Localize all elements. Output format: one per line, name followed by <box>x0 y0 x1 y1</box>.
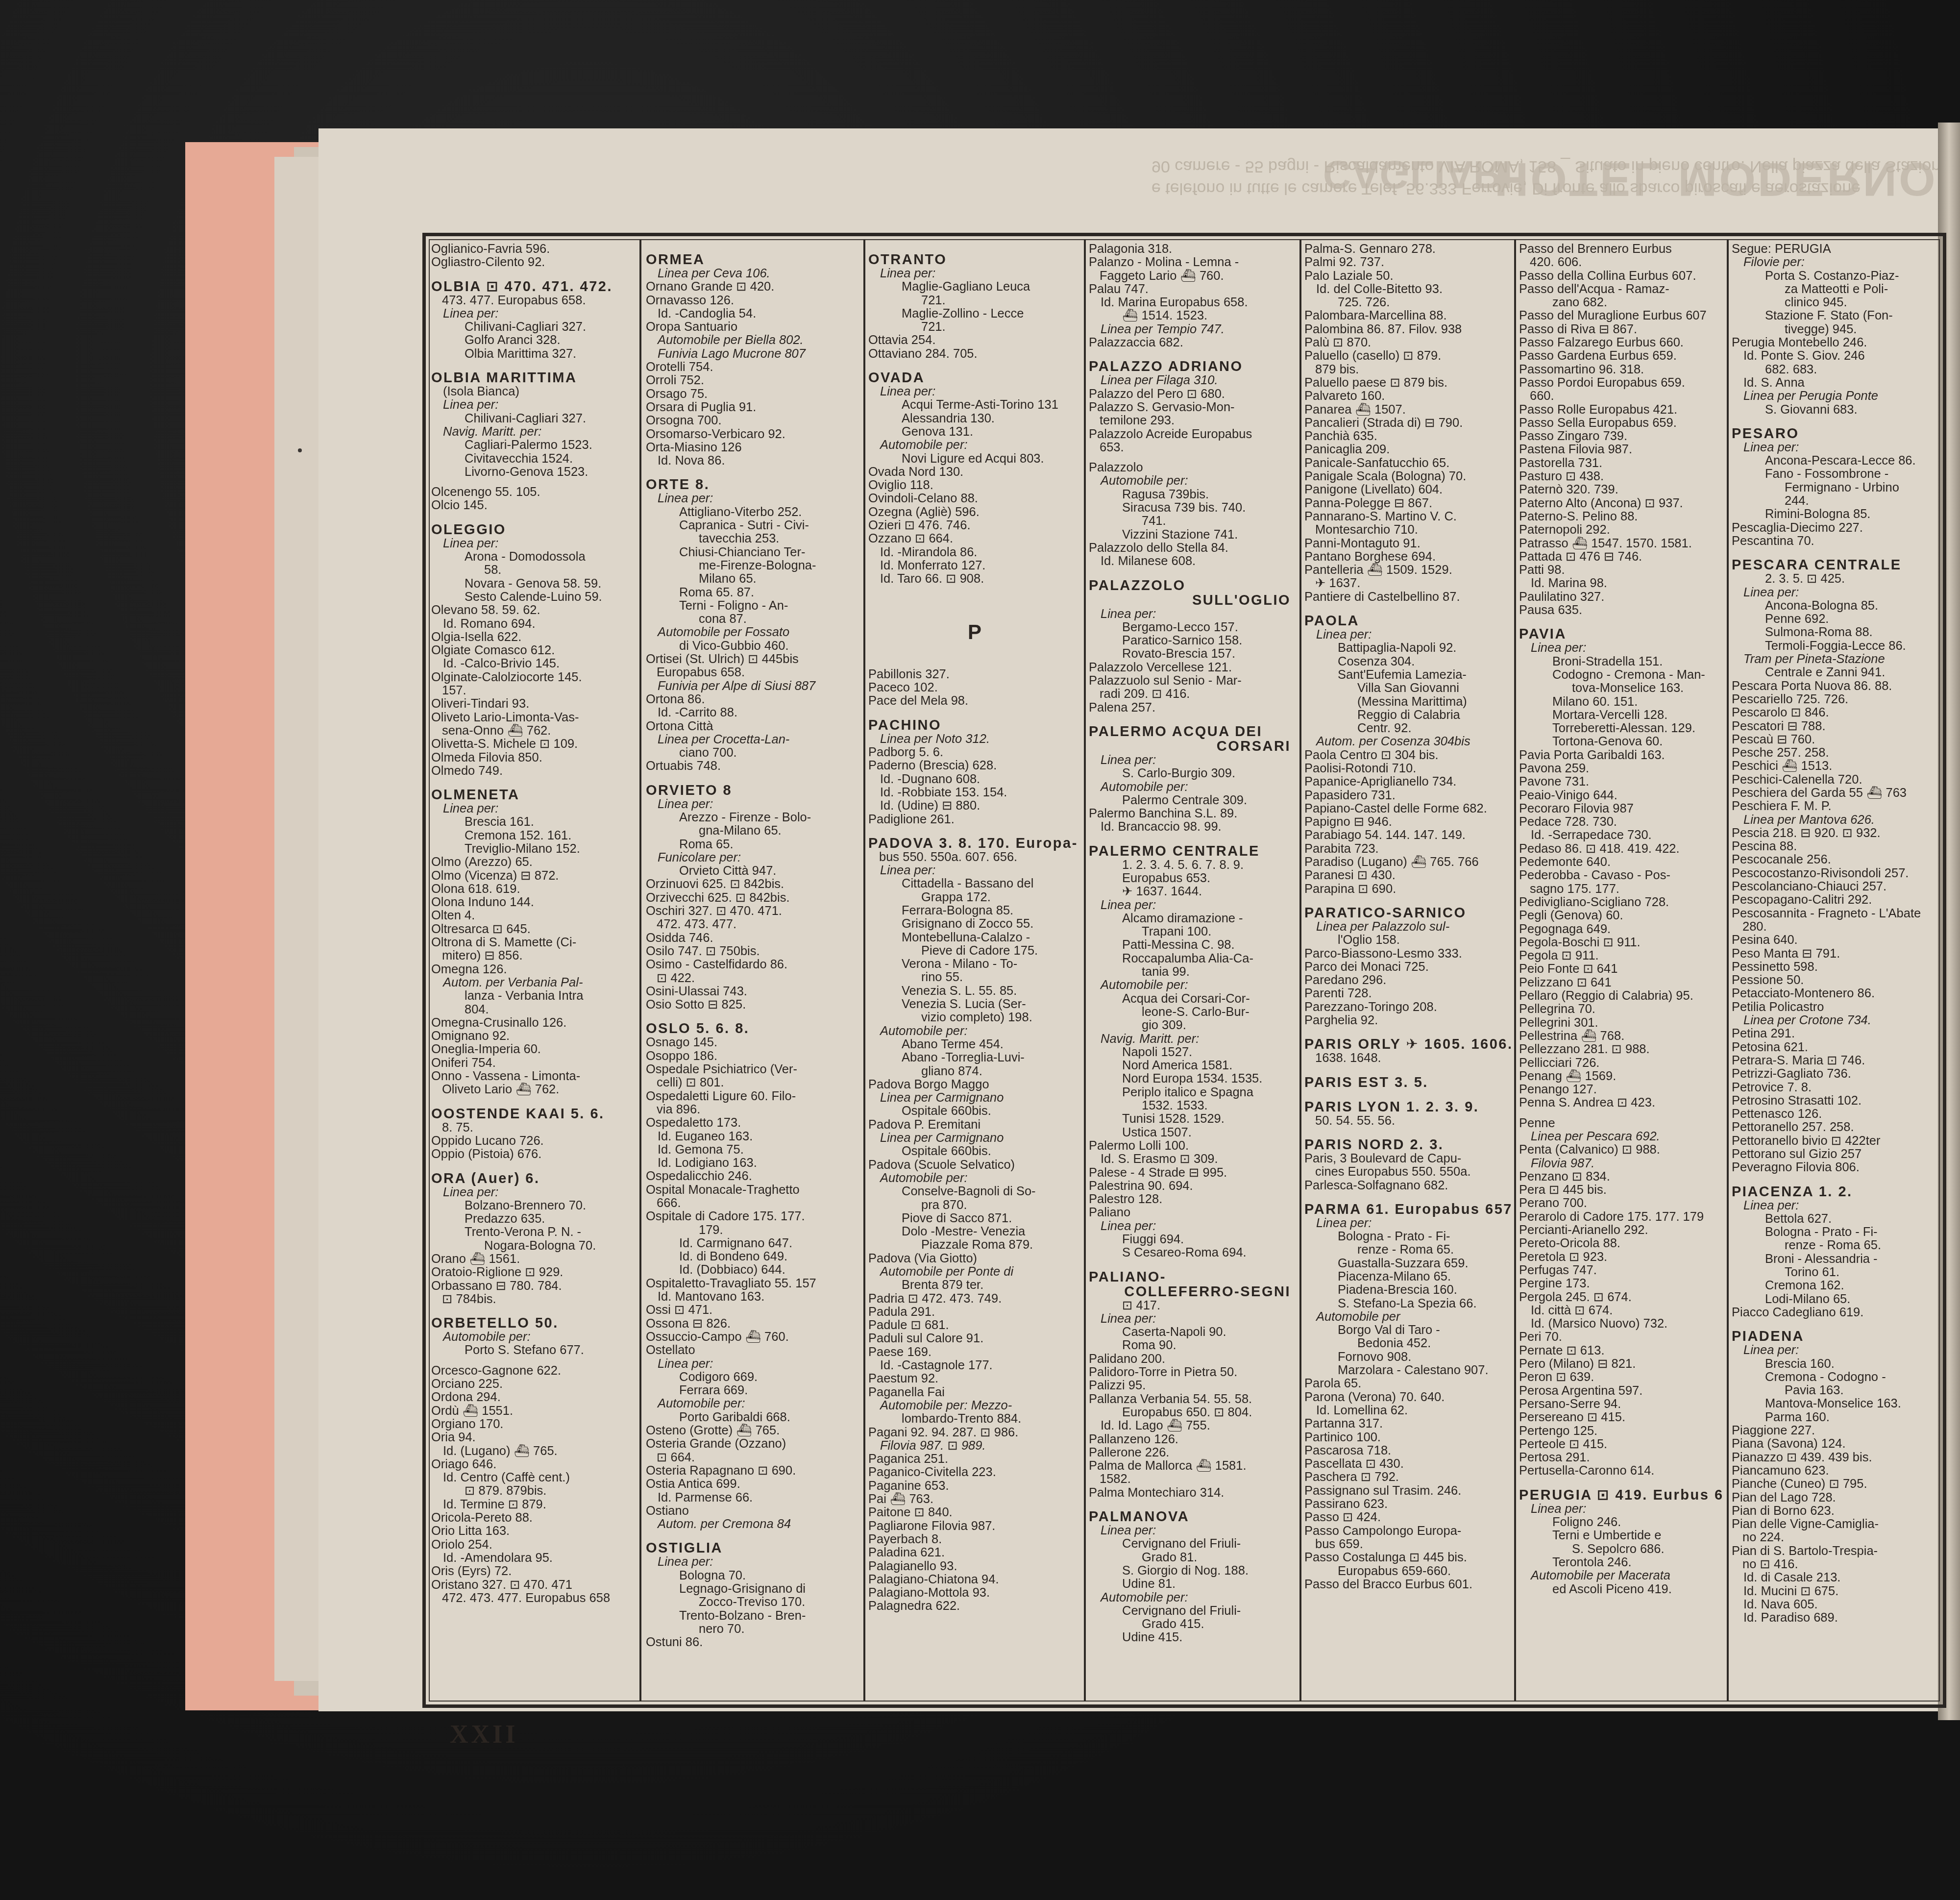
route-line-cont: Nogara-Bologna 70. <box>431 1239 636 1253</box>
route-line: Cagliari-Palermo 1523. <box>431 439 636 452</box>
index-entry: Pettoranello 257. 258. <box>1732 1121 1937 1134</box>
index-entry: Ostuni 86. <box>646 1636 860 1649</box>
index-entry: Pegola-Boschi ⊡ 911. <box>1519 936 1724 949</box>
index-entry: Parabita 723. <box>1304 842 1511 856</box>
route-line-cont: cona 87. <box>646 613 860 626</box>
route-line: Acqua dei Corsari-Cor- <box>1089 992 1297 1006</box>
route-line: S. Stefano-La Spezia 66. <box>1304 1297 1511 1310</box>
idem-entry: Id. -Candoglia 54. <box>646 307 860 321</box>
route-line: Ferrara 669. <box>646 1384 860 1397</box>
route-line: Conselve-Bagnoli di So- <box>868 1185 1081 1198</box>
index-entry: Pabillonis 327. <box>868 668 1081 681</box>
route-line: Tunisi 1528. 1529. <box>1089 1112 1297 1126</box>
station-heading: ORBETELLO 50. <box>431 1316 636 1331</box>
route-line: Terni - Foligno - An- <box>646 599 860 613</box>
route-line: Sant'Eufemia Lamezia- <box>1304 668 1511 682</box>
entry-continuation: 660. <box>1519 390 1724 403</box>
index-entry: Palizzi 95. <box>1089 1379 1297 1392</box>
index-entry: Orcesco-Gagnone 622. <box>431 1364 636 1378</box>
index-entry: Pesina 640. <box>1732 934 1937 947</box>
service-label: Linea per: <box>1089 1220 1297 1233</box>
index-entry: Padiglione 261. <box>868 813 1081 826</box>
station-heading: OOSTENDE KAAI 5. 6. <box>431 1107 636 1121</box>
route-line: Trento-Bolzano - Bren- <box>646 1609 860 1623</box>
station-heading: PERUGIA ⊡ 419. Eurbus 608. <box>1519 1488 1724 1503</box>
index-entry: Piana (Savona) 124. <box>1732 1437 1937 1451</box>
entry-continuation: 157. <box>431 684 636 697</box>
index-entry: Orzivecchi 625. ⊡ 842bis. <box>646 891 860 905</box>
route-line: Id. (Dobbiaco) 644. <box>646 1263 860 1277</box>
route-line-cont: Grappa 172. <box>868 891 1081 904</box>
idem-entry: Id. -Robbiate 153. 154. <box>868 786 1081 799</box>
index-entry: Pereto-Oricola 88. <box>1519 1237 1724 1250</box>
index-entry: Ovindoli-Celano 88. <box>868 492 1081 505</box>
index-entry: Pancalieri (Strada di) ⊟ 790. <box>1304 417 1511 430</box>
route-line: 804. <box>431 1003 636 1016</box>
service-label: Autom. per Cosenza 304bis <box>1304 735 1511 748</box>
index-entry: Penango 127. <box>1519 1083 1724 1096</box>
index-entry: Pescopagano-Calitri 292. <box>1732 893 1937 907</box>
index-entry: Paschera ⊡ 792. <box>1304 1471 1511 1484</box>
route-line: Europabus 650. ⊡ 804. <box>1089 1406 1297 1419</box>
service-label: Linea per Perugia Ponte <box>1732 390 1937 403</box>
index-entry: Oris (Eyrs) 72. <box>431 1565 636 1578</box>
index-entry: Orciano 225. <box>431 1378 636 1391</box>
service-label: Linea per: <box>1089 754 1297 767</box>
entry-continuation: ⊡ 422. <box>646 972 860 985</box>
index-entry: Pescocanale 256. <box>1732 853 1937 866</box>
index-entry: Penta (Calvanico) ⊡ 988. <box>1519 1143 1724 1157</box>
service-label: Linea per: <box>1089 1312 1297 1326</box>
service-label: Linea per: <box>868 385 1081 398</box>
index-entry: Perugia Montebello 246. <box>1732 336 1937 349</box>
index-entry: Pellestrina ⛴ 768. <box>1519 1030 1724 1043</box>
index-entry: Passo del Brennero Eurbus <box>1519 243 1724 256</box>
route-line: di Vico-Gubbio 460. <box>646 640 860 653</box>
route-line: Mortara-Vercelli 128. <box>1519 709 1724 722</box>
index-entry: Olten 4. <box>431 909 636 922</box>
route-line: Foligno 246. <box>1519 1516 1724 1529</box>
station-heading: PALAZZO ADRIANO <box>1089 359 1297 374</box>
index-entry: Pessinetto 598. <box>1732 961 1937 974</box>
index-entry: Pescara Porta Nuova 86. 88. <box>1732 680 1937 693</box>
index-entry: Pallanza Verbania 54. 55. 58. <box>1089 1393 1297 1406</box>
index-entry: Penna S. Andrea ⊡ 423. <box>1519 1096 1724 1110</box>
index-entry: Osteria Rapagnano ⊡ 690. <box>646 1464 860 1478</box>
index-entry: Olgia-Isella 622. <box>431 631 636 644</box>
index-entry: Panarea ⛴ 1507. <box>1304 403 1511 417</box>
entry-continuation: 472. 473. 477. <box>646 918 860 931</box>
index-entry: Panicaglia 209. <box>1304 443 1511 456</box>
route-line: Dolo -Mestre- Venezia <box>868 1225 1081 1238</box>
entry-continuation: 472. 473. 477. Europabus 658 <box>431 1592 636 1605</box>
service-label: Linea per: <box>868 864 1081 877</box>
route-line: Attigliano-Viterbo 252. <box>646 506 860 519</box>
service-label: Funicolare per: <box>646 851 860 864</box>
index-entry: Parco-Biassono-Lesmo 333. <box>1304 947 1511 961</box>
idem-entry: Id. Parmense 66. <box>646 1491 860 1505</box>
route-line: Brenta 879 ter. <box>868 1279 1081 1292</box>
route-line: Bettola 627. <box>1732 1212 1937 1226</box>
idem-entry: Id. Nava 605. <box>1732 1598 1937 1611</box>
route-line: Centrale e Zanni 941. <box>1732 666 1937 679</box>
service-label: Linea per Carmignano <box>868 1091 1081 1105</box>
entry-continuation: Faggeto Lario ⛴ 760. <box>1089 270 1297 283</box>
index-entry: Palestrina 90. 694. <box>1089 1180 1297 1193</box>
index-entry: Percianti-Arianello 292. <box>1519 1224 1724 1237</box>
route-line: Roma 65. <box>646 838 860 851</box>
idem-entry: Id. Mantovano 163. <box>646 1290 860 1304</box>
index-entry: Oratoio-Riglione ⊡ 929. <box>431 1266 636 1279</box>
index-entry: Osteno (Grotte) ⛴ 765. <box>646 1424 860 1437</box>
route-line: l'Oglio 158. <box>1304 934 1511 947</box>
index-entry: Pettenasco 126. <box>1732 1108 1937 1121</box>
station-heading: PARIS ORLY ✈ 1605. 1606. <box>1304 1037 1511 1052</box>
entry-continuation: Montesarchio 710. <box>1304 523 1511 537</box>
service-label: Automobile per Macerata <box>1519 1569 1724 1582</box>
route-line-cont: (Messina Marittima) <box>1304 695 1511 709</box>
route-line-cont: renze - Roma 65. <box>1304 1243 1511 1257</box>
route-line: Mantova-Monselice 163. <box>1732 1397 1937 1410</box>
index-entry: Omegna 126. <box>431 963 636 976</box>
page-number: XXII <box>450 1720 518 1749</box>
route-line: S. Giorgio di Nog. 188. <box>1089 1564 1297 1578</box>
index-entry: Orano ⛴ 1561. <box>431 1253 636 1266</box>
route-line: Abano -Torreglia-Luvi- <box>868 1051 1081 1064</box>
index-column-2: ORMEALinea per Ceva 106.Ornano Grande ⊡ … <box>646 243 860 1698</box>
entry-continuation: 8. 75. <box>431 1121 636 1135</box>
entry-continuation: 473. 477. Europabus 658. <box>431 294 636 307</box>
route-line: Fiuggi 694. <box>1089 1233 1297 1246</box>
entry-continuation: 666. <box>646 1197 860 1210</box>
idem-entry: Id. -Mirandola 86. <box>868 546 1081 559</box>
index-entry: Pedivigliano-Scigliano 728. <box>1519 896 1724 909</box>
index-entry: Pesche 257. 258. <box>1732 746 1937 760</box>
entry-continuation: celli) ⊡ 801. <box>646 1076 860 1089</box>
idem-entry: Id. -Calco-Brivio 145. <box>431 657 636 670</box>
index-entry: Pavone 731. <box>1519 775 1724 789</box>
route-line: Lodi-Milano 65. <box>1732 1293 1937 1306</box>
index-entry: Patti 98. <box>1519 564 1724 577</box>
route-line-cont: 58. <box>431 564 636 577</box>
index-entry: Orroli 752. <box>646 374 860 387</box>
service-label: Linea per Tempio 747. <box>1089 323 1297 336</box>
route-line-cont: gio 309. <box>1089 1019 1297 1032</box>
idem-entry: Id. Brancaccio 98. 99. <box>1089 820 1297 834</box>
entry-continuation: Europabus 658. <box>646 666 860 679</box>
service-label: Linea per: <box>1519 1503 1724 1516</box>
route-line: ed Ascoli Piceno 419. <box>1519 1583 1724 1596</box>
station-heading: PESARO <box>1732 426 1937 441</box>
index-entry: Palma de Mallorca ⛴ 1581. <box>1089 1459 1297 1473</box>
index-entry: Palazzaccia 682. <box>1089 336 1297 349</box>
route-line: Marzolara - Calestano 907. <box>1304 1364 1511 1377</box>
service-label: Automobile per Fossato <box>646 626 860 639</box>
index-column-4: Palagonia 318.Palanzo - Molina - Lemna -… <box>1089 243 1297 1698</box>
service-label: Automobile per: <box>1089 781 1297 794</box>
index-entry: Orsara di Puglia 91. <box>646 401 860 414</box>
index-entry: Paola Centro ⊡ 304 bis. <box>1304 749 1511 762</box>
route-line: Livorno-Genova 1523. <box>431 466 636 479</box>
index-entry: Ortuabis 748. <box>646 760 860 773</box>
index-entry: Oltrona di S. Mamette (Ci- <box>431 936 636 949</box>
index-entry: Orbassano ⊟ 780. 784. <box>431 1280 636 1293</box>
index-entry: Paternò 320. 739. <box>1519 483 1724 496</box>
index-entry: Pattada ⊡ 476 ⊟ 746. <box>1519 550 1724 564</box>
index-entry: Pelizzano ⊡ 641 <box>1519 976 1724 989</box>
index-entry: Orsomarso-Verbicaro 92. <box>646 428 860 441</box>
route-line: Vizzini Stazione 741. <box>1089 528 1297 542</box>
route-line-cont: 741. <box>1089 515 1297 528</box>
index-column-7: Segue: PERUGIAFilovie per:Porta S. Costa… <box>1732 243 1937 1698</box>
index-entry: Papiano-Castel delle Forme 682. <box>1304 802 1511 815</box>
index-entry: Peschiera del Garda 55 ⛴ 763 <box>1732 787 1937 800</box>
spacer <box>1519 1110 1724 1117</box>
index-entry: Petrovice 7. 8. <box>1732 1081 1937 1094</box>
station-heading: PALERMO CENTRALE <box>1089 844 1297 859</box>
index-entry: Olona Induno 144. <box>431 896 636 909</box>
route-line: Verona - Milano - To- <box>868 958 1081 971</box>
index-entry: Orsago 75. <box>646 388 860 401</box>
route-line-cont: clinico 945. <box>1732 296 1937 309</box>
service-label: Linea per Palazzolo sul- <box>1304 920 1511 934</box>
index-entry: Pero (Milano) ⊟ 821. <box>1519 1357 1724 1371</box>
route-line: Acqui Terme-Asti-Torino 131 <box>868 398 1081 412</box>
service-label: Linea per: <box>431 537 636 550</box>
service-label: Filovie per: <box>1732 256 1937 269</box>
route-line: Porto S. Stefano 677. <box>431 1344 636 1357</box>
idem-entry: Id. di Casale 213. <box>1732 1571 1937 1584</box>
idem-entry: (Isola Bianca) <box>431 385 636 398</box>
service-label: Automobile per: <box>868 1172 1081 1185</box>
index-entry: Partinico 100. <box>1304 1431 1511 1444</box>
index-entry: Passo dell'Acqua - Ramaz- <box>1519 283 1724 296</box>
index-entry: Palazzo S. Gervasio-Mon- <box>1089 401 1297 414</box>
index-entry: Penzano ⊡ 834. <box>1519 1170 1724 1184</box>
station-heading: PARIS LYON 1. 2. 3. 9. <box>1304 1100 1511 1114</box>
route-line: Bolzano-Brennero 70. <box>431 1199 636 1212</box>
index-entry: Perteole ⊡ 415. <box>1519 1438 1724 1451</box>
column-divider <box>1727 239 1729 1702</box>
index-entry: Oppido Lucano 726. <box>431 1135 636 1148</box>
index-entry: Ortona Città <box>646 720 860 733</box>
idem-entry: Id. Termine ⊡ 879. <box>431 1498 636 1511</box>
route-line: Id. di Bondeno 649. <box>646 1250 860 1263</box>
index-entry: Olgiate Comasco 612. <box>431 644 636 657</box>
route-line: Patti-Messina C. 98. <box>1089 938 1297 952</box>
index-entry: Pasturo ⊡ 438. <box>1519 470 1724 483</box>
index-entry: Passo della Collina Eurbus 607. <box>1519 270 1724 283</box>
index-entry: Paganella Fai <box>868 1386 1081 1399</box>
index-entry: Oriolo 254. <box>431 1538 636 1552</box>
route-line: Stazione F. Stato (Fon- <box>1732 309 1937 322</box>
index-entry: Pescaglia-Diecimo 227. <box>1732 521 1937 535</box>
index-entry: Pettorano sul Gizio 257 <box>1732 1148 1937 1161</box>
route-line: Palermo Centrale 309. <box>1089 794 1297 807</box>
entry-continuation: 1638. 1648. <box>1304 1052 1511 1065</box>
index-entry: Osteria Grande (Ozzano) <box>646 1437 860 1451</box>
service-label: Autom. per Cremona 84 <box>646 1518 860 1531</box>
route-line: Roma 65. 87. <box>646 586 860 599</box>
entry-continuation: radi 209. ⊡ 416. <box>1089 688 1297 701</box>
index-column-1: Oglianico-Favria 596.Ogliastro-Cilento 9… <box>431 243 636 1698</box>
index-entry: Ogliastro-Cilento 92. <box>431 256 636 269</box>
column-divider <box>1299 239 1301 1702</box>
index-entry: Pescocostanzo-Rivisondoli 257. <box>1732 867 1937 880</box>
index-entry: Palma Montechiaro 314. <box>1089 1486 1297 1500</box>
index-entry: Olcenengo 55. 105. <box>431 486 636 499</box>
route-line: Legnago-Grisignano di <box>646 1582 860 1596</box>
index-entry: Parola 65. <box>1304 1377 1511 1390</box>
index-entry: Partanna 317. <box>1304 1417 1511 1431</box>
index-entry: Pegli (Genova) 60. <box>1519 909 1724 922</box>
index-entry: Penang ⛴ 1569. <box>1519 1070 1724 1083</box>
idem-entry: Id. Paradiso 689. <box>1732 1611 1937 1625</box>
ink-speck <box>298 448 302 452</box>
route-line: Caserta-Napoli 90. <box>1089 1326 1297 1339</box>
idem-entry: Id. Centro (Caffè cent.) <box>431 1471 636 1484</box>
index-entry: Osio Sotto ⊟ 825. <box>646 998 860 1012</box>
index-entry: Pescantina 70. <box>1732 535 1937 548</box>
idem-entry: Id. Lomellina 62. <box>1304 1404 1511 1417</box>
index-entry: Paris, 3 Boulevard de Capu- <box>1304 1152 1511 1165</box>
index-entry: Pianche (Cuneo) ⊡ 795. <box>1732 1478 1937 1491</box>
service-label: Linea per: <box>1089 608 1297 621</box>
index-entry: Ospedaletti Ligure 60. Filo- <box>646 1090 860 1103</box>
index-entry: Paganica 251. <box>868 1453 1081 1466</box>
index-entry: Ostia Antica 699. <box>646 1478 860 1491</box>
idem-entry: Id. S. Anna <box>1732 376 1937 390</box>
service-label: Automobile per: <box>868 439 1081 452</box>
mirrored-advert-header: HOTEL MODERNO CAGLIARI 90 camere - 55 ba… <box>318 142 1960 225</box>
index-entry: Petrara-S. Maria ⊡ 746. <box>1732 1054 1937 1067</box>
index-entry: Pian di Borno 623. <box>1732 1505 1937 1518</box>
route-line: Trento-Verona P. N. - <box>431 1226 636 1239</box>
index-entry: Perano 700. <box>1519 1197 1724 1210</box>
index-entry: Petosina 621. <box>1732 1041 1937 1054</box>
index-entry: Petacciato-Montenero 86. <box>1732 987 1937 1000</box>
index-entry: Pegola ⊡ 911. <box>1519 949 1724 962</box>
index-entry: Paolisi-Rotondi 710. <box>1304 762 1511 775</box>
route-line-cont: 244. <box>1732 494 1937 508</box>
service-label: Funivia Lago Mucrone 807 <box>646 347 860 361</box>
index-entry: Perfugas 747. <box>1519 1264 1724 1277</box>
service-label: Linea per Mantova 626. <box>1732 814 1937 827</box>
index-entry: Passo Campolongo Europa- <box>1304 1525 1511 1538</box>
index-entry: Pantano Borghese 694. <box>1304 550 1511 564</box>
route-line: Maglie-Gagliano Leuca <box>868 280 1081 294</box>
route-line-cont: Villa San Giovanni <box>1304 682 1511 695</box>
index-entry: Pallerone 226. <box>1089 1446 1297 1459</box>
index-entry: Pantelleria ⛴ 1509. 1529. <box>1304 564 1511 577</box>
route-line-cont: 721. <box>868 294 1081 307</box>
index-entry: Palazzolo dello Stella 84. <box>1089 542 1297 555</box>
index-entry: Parco dei Monaci 725. <box>1304 961 1511 974</box>
index-entry: Palazzolo Vercellese 121. <box>1089 661 1297 674</box>
route-line: Piacenza-Milano 65. <box>1304 1270 1511 1283</box>
entry-continuation: via 896. <box>646 1103 860 1116</box>
route-line: lanza - Verbania Intra <box>431 989 636 1003</box>
index-entry: Palese - 4 Strade ⊟ 995. <box>1089 1166 1297 1180</box>
index-entry: Oneglia-Imperia 60. <box>431 1043 636 1056</box>
service-label: Linea per: <box>1304 1217 1511 1230</box>
route-line: Arezzo - Firenze - Bolo- <box>646 811 860 824</box>
route-line: Battipaglia-Napoli 92. <box>1304 642 1511 655</box>
route-line: S Cesareo-Roma 694. <box>1089 1246 1297 1259</box>
index-column-3: OTRANTOLinea per:Maglie-Gagliano Leuca72… <box>868 243 1081 1698</box>
route-line: ⊡ 417. <box>1089 1299 1297 1312</box>
index-entry: Ospital Monacale-Traghetto <box>646 1184 860 1197</box>
route-line: Chiusi-Chianciano Ter- <box>646 546 860 559</box>
route-line: Porta S. Costanzo-Piaz- <box>1732 270 1937 283</box>
index-entry: Peschici-Calenella 720. <box>1732 773 1937 787</box>
index-entry: Palestro 128. <box>1089 1193 1297 1206</box>
index-entry: Palo Laziale 50. <box>1304 270 1511 283</box>
route-line: Id. Carmignano 647. <box>646 1237 860 1250</box>
index-entry: Orsogna 700. <box>646 414 860 427</box>
route-line-cont: Torino 61. <box>1732 1266 1937 1279</box>
service-label: Linea per: <box>1089 899 1297 912</box>
index-entry: Paderno (Brescia) 628. <box>868 759 1081 772</box>
idem-entry: Id. Id. Lago ⛴ 755. <box>1089 1419 1297 1432</box>
index-entry: Osoppo 186. <box>646 1050 860 1063</box>
route-line: Ospitale 660bis. <box>868 1105 1081 1118</box>
index-entry: Pecoraro Filovia 987 <box>1519 802 1724 815</box>
route-line: ciano 700. <box>646 746 860 760</box>
service-label: Linea per: <box>1519 642 1724 655</box>
route-line: Genova 131. <box>868 425 1081 439</box>
index-entry: Passomartino 96. 318. <box>1519 363 1724 376</box>
index-entry: Oriago 646. <box>431 1458 636 1471</box>
route-line-cont: nero 70. <box>646 1623 860 1636</box>
service-label: Automobile per: <box>1089 474 1297 488</box>
index-entry: Pavia Porta Garibaldi 163. <box>1519 749 1724 762</box>
service-label: Linea per: <box>646 1555 860 1569</box>
station-heading: PALAZZOLO <box>1089 578 1297 593</box>
route-line: S. Carlo-Burgio 309. <box>1089 767 1297 780</box>
index-entry: Padborg 5. 6. <box>868 746 1081 759</box>
idem-entry: Id. Taro 66. ⊡ 908. <box>868 572 1081 586</box>
station-heading: PADOVA 3. 8. 170. Europa- <box>868 836 1081 851</box>
idem-entry: Id. (Udine) ⊟ 880. <box>868 799 1081 813</box>
index-entry: Pian delle Vigne-Camiglia- <box>1732 1518 1937 1531</box>
route-line: Capranica - Sutri - Civi- <box>646 519 860 532</box>
index-entry: Paduli sul Calore 91. <box>868 1332 1081 1345</box>
index-entry: Pederobba - Cavaso - Pos- <box>1519 869 1724 882</box>
station-heading: ORTE 8. <box>646 477 860 492</box>
service-label: Automobile per: <box>646 1397 860 1410</box>
index-entry: Olmo (Vicenza) ⊟ 872. <box>431 869 636 883</box>
index-entry: Ozegna (Agliè) 596. <box>868 506 1081 519</box>
index-entry: Peschiera F. M. P. <box>1732 800 1937 813</box>
index-entry: Oschiri 327. ⊡ 470. 471. <box>646 905 860 918</box>
route-line: Bologna 70. <box>646 1569 860 1582</box>
service-label: Linea per: <box>1732 1199 1937 1212</box>
station-heading: OLBIA MARITTIMA <box>431 370 636 385</box>
index-entry: Ordù ⛴ 1551. <box>431 1405 636 1418</box>
index-entry: Palidano 200. <box>1089 1353 1297 1366</box>
index-entry: Persereano ⊡ 415. <box>1519 1411 1724 1424</box>
index-entry: Palagiano-Mottola 93. <box>868 1586 1081 1600</box>
index-entry: Paterno-S. Pelino 88. <box>1519 510 1724 523</box>
route-line: Sesto Calende-Luino 59. <box>431 591 636 604</box>
index-entry: Ossona ⊟ 826. <box>646 1317 860 1331</box>
index-entry: Oviglio 118. <box>868 479 1081 492</box>
idem-entry: Id. -Dugnano 608. <box>868 773 1081 786</box>
index-entry: Pagani 92. 94. 287. ⊡ 986. <box>868 1426 1081 1439</box>
entry-continuation: 1582. <box>1089 1473 1297 1486</box>
station-heading: PARMA 61. Europabus 657. <box>1304 1202 1511 1217</box>
